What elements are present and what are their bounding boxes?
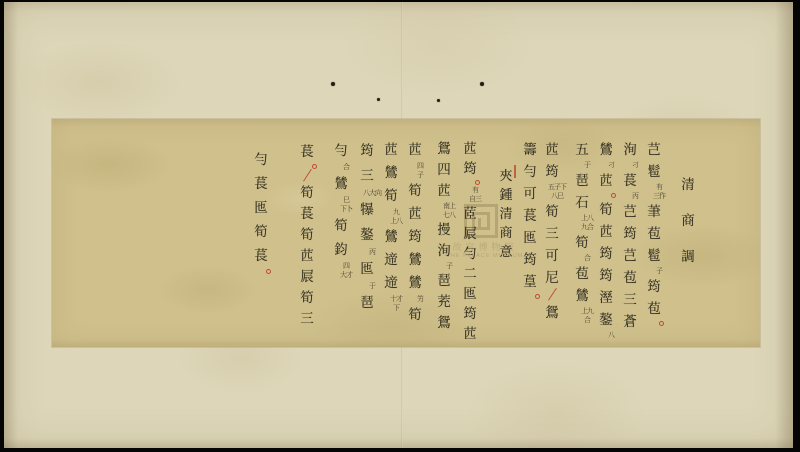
notation-char: 苞 (647, 223, 661, 245)
notation-char: 苉 (384, 139, 398, 162)
notation-char: 苞 (623, 267, 637, 289)
notation-char: 清 (681, 167, 695, 203)
pinhole (480, 82, 484, 86)
notation-char: 筠 (545, 161, 559, 183)
notation-char: 筠 (599, 243, 613, 265)
notation-char: 筍 (408, 304, 422, 327)
text-column-13: 勻合鷥巳下卜筍鈞四大才 (330, 139, 352, 280)
notation-char: 琶 (437, 271, 451, 292)
notation-char: 鏊 (599, 309, 613, 331)
notation-char: 匜 (523, 227, 537, 249)
notation-char: 芑 (623, 201, 637, 223)
notation-char: 勻 (334, 139, 348, 163)
annotation-char: 七八 (443, 211, 455, 220)
notation-char: 三 (623, 289, 637, 311)
pinhole (331, 82, 335, 86)
annotation-char: 子 (446, 262, 452, 271)
notation-char: 髱 (647, 161, 661, 183)
annotation-char: 于 (584, 161, 590, 170)
notation-char: 筠 (360, 139, 374, 164)
annotation-char: 三作 (653, 192, 665, 201)
notation-char: 勻 (523, 161, 537, 183)
text-column-8: 苉筠有自三茝屒勻二匜筠苉 (459, 139, 481, 344)
annotation-char: 下 (393, 304, 399, 313)
notation-char: 苉 (463, 324, 477, 344)
notation-char: 苉 (463, 139, 477, 159)
notation-char: 三 (300, 309, 314, 330)
annotation-char: 八巳 (551, 192, 563, 201)
notation-char: 三 (360, 164, 374, 189)
notation-char: 二 (463, 264, 477, 284)
text-column-4: 五于琶石上八九合筍合苞鷥上九合 (571, 139, 593, 325)
notation-char: 溼 (599, 287, 613, 309)
annotation-char: 刁 (608, 161, 614, 170)
notation-char: 筍 (384, 185, 398, 208)
notation-char: 萇 (523, 205, 537, 227)
annotation-char: 刁 (632, 161, 638, 170)
annotation-char: 有 (472, 186, 478, 195)
annotation-char: 五子下 (548, 183, 566, 192)
text-column-0-title: 清商調 (677, 167, 699, 275)
red-dot (312, 164, 317, 169)
text-column-6: 籌勻可萇匜筠葟 (519, 139, 541, 300)
notation-char: 屒 (463, 224, 477, 244)
text-column-10: 苉四子筍苉筠鷥鷥竻筍 (404, 139, 426, 327)
notation-char: 勻 (463, 244, 477, 264)
notation-char: 苉 (599, 170, 613, 192)
annotation-char: 合 (584, 254, 590, 263)
annotation-char: 十才 (390, 295, 402, 304)
notation-char: 清 (499, 205, 512, 224)
text-column-12: 筠三八大向犦鏊丙匜于琶 (356, 139, 378, 316)
notation-char: 苉 (437, 181, 451, 202)
notation-char: 屒 (300, 267, 314, 288)
notation-char: 鴛 (437, 139, 451, 160)
notation-char: 芑 (647, 139, 661, 161)
notation-char: 遆 (384, 272, 398, 295)
notation-char: 鍾 (499, 186, 512, 205)
annotation-char: 丙 (632, 192, 638, 201)
annotation-char: 子 (417, 171, 423, 180)
annotation-char: 南上 (443, 202, 455, 211)
notation-char: 琶 (360, 291, 374, 316)
annotation-char: 巳 (343, 196, 349, 205)
notation-char: 芑 (623, 245, 637, 267)
annotation-char: 于 (369, 282, 375, 291)
annotation-char: 下卜 (340, 205, 352, 214)
annotation-char: 八 (608, 331, 614, 340)
notation-char: 石 (575, 192, 589, 214)
notation-char: 萇 (254, 172, 268, 196)
notation-char: 可 (545, 245, 559, 267)
notation-char: 苞 (647, 298, 661, 320)
annotation-char: 合 (343, 163, 349, 172)
text-column-9: 鴛四苉南上七八摱洵子琶茺鴛 (433, 139, 455, 334)
notation-char: 筠 (523, 249, 537, 271)
red-dot (475, 180, 480, 185)
notation-char: 筍 (545, 201, 559, 223)
notation-char: 筍 (300, 288, 314, 309)
annotation-char: 上八 (581, 214, 593, 223)
notation-char: 夾 (499, 167, 512, 186)
annotation-char: 竻 (417, 295, 423, 304)
text-column-14: 萇╱筍萇筍苉屒筍三 (296, 142, 318, 330)
notation-char: 可 (523, 183, 537, 205)
notation-char: 鴛 (545, 302, 559, 324)
notation-char: 茺 (437, 292, 451, 313)
notation-char: 洵 (437, 241, 451, 262)
notation-char: 勻 (254, 148, 268, 172)
notation-char: 三 (545, 223, 559, 245)
notation-char: 筍 (300, 225, 314, 246)
annotation-char: 合 (584, 316, 590, 325)
red-mark: ╱ (548, 289, 556, 303)
red-dot (266, 269, 271, 274)
notation-char: 匜 (254, 196, 268, 220)
scroll-photo: 故宫博物院 THE PALACE MUSEUM 清商調芑髱有三作茟苞髱子筠苞洵刁… (0, 0, 800, 452)
notation-char: 苉 (408, 203, 422, 226)
notation-char: 筍 (599, 199, 613, 221)
annotation-char: 丙 (369, 248, 375, 257)
text-column-5: 苉筠五子下八巳筍三可尼╱鴛 (541, 139, 563, 324)
notation-char: 筠 (463, 159, 477, 179)
annotation-char: 子 (656, 267, 662, 276)
notation-char: 鈞 (334, 238, 348, 262)
pinhole (437, 99, 440, 102)
notation-char: 鷥 (334, 172, 348, 196)
notation-char: 鴛 (437, 313, 451, 334)
notation-char: 鏊 (360, 223, 374, 248)
annotation-char: 上八 (390, 217, 402, 226)
notation-char: 筠 (647, 276, 661, 298)
notation-char: 調 (681, 239, 695, 275)
red-mark: ╱ (303, 170, 311, 184)
annotation-char: 自三 (469, 195, 481, 204)
notation-char: 遆 (384, 249, 398, 272)
notation-char: 鷥 (408, 272, 422, 295)
annotation-char: 四 (417, 162, 423, 171)
notation-char: 鷥 (575, 285, 589, 307)
notation-char: 洵 (623, 139, 637, 161)
annotation-char: 九合 (581, 223, 593, 232)
notation-char: 筠 (463, 304, 477, 324)
notation-char: 筍 (408, 180, 422, 203)
notation-char: 葟 (523, 271, 537, 293)
annotation-char: 有 (656, 183, 662, 192)
notation-char: 蒼 (623, 311, 637, 333)
notation-char: 筠 (599, 265, 613, 287)
text-column-2: 洵刁萇丙芑筠芑苞三蒼 (619, 139, 641, 333)
annotation-char: 八大向 (363, 189, 381, 198)
notation-char: 鷥 (384, 226, 398, 249)
notation-char: 商 (499, 224, 512, 243)
annotation-char: 上九 (581, 307, 593, 316)
notation-char: 萇 (254, 244, 268, 268)
notation-char: 筠 (623, 223, 637, 245)
notation-char: 萇 (623, 170, 637, 192)
annotation-char: 九 (393, 208, 399, 217)
notation-char: 鷥 (599, 139, 613, 161)
notation-char: 籌 (523, 139, 537, 161)
notation-char: 苞 (575, 263, 589, 285)
notation-char: 鷥 (384, 162, 398, 185)
text-column-15: 勻萇匜筍萇 (250, 148, 272, 275)
text-column-1: 芑髱有三作茟苞髱子筠苞 (643, 139, 665, 327)
notation-char: 琶 (575, 170, 589, 192)
notation-char: 意 (499, 243, 512, 262)
notation-char: 茟 (647, 201, 661, 223)
notation-char: 尼 (545, 267, 559, 289)
notation-char: 萇 (300, 142, 314, 163)
notation-char: 鷥 (408, 249, 422, 272)
notation-char: 匜 (360, 257, 374, 282)
red-dot (659, 321, 664, 326)
red-dot (611, 193, 616, 198)
notation-char: 犦 (360, 198, 374, 223)
notation-char: 筠 (408, 226, 422, 249)
notation-char: 摱 (437, 220, 451, 241)
notation-char: 四 (437, 160, 451, 181)
notation-char: 筍 (300, 183, 314, 204)
notation-char: 商 (681, 203, 695, 239)
notation-char: 萇 (300, 204, 314, 225)
notation-char: 苉 (300, 246, 314, 267)
ink-layer: 故宫博物院 THE PALACE MUSEUM 清商調芑髱有三作茟苞髱子筠苞洵刁… (0, 0, 800, 452)
annotation-char: 四 (343, 262, 349, 271)
annotation-char: 大才 (340, 271, 352, 280)
notation-char: 苉 (408, 139, 422, 162)
notation-char: 五 (575, 139, 589, 161)
red-dot (535, 294, 540, 299)
notation-char: 苉 (545, 139, 559, 161)
text-column-3: 鷥刁苉筍苉筠筠溼鏊八 (595, 139, 617, 340)
notation-char: 髱 (647, 245, 661, 267)
notation-char: 茝 (463, 204, 477, 224)
notation-char: 筍 (575, 232, 589, 254)
notation-char: 筍 (334, 214, 348, 238)
text-column-7-heading: 夾鍾清商意 (495, 167, 517, 262)
red-collation-line (514, 165, 516, 178)
notation-char: 筍 (254, 220, 268, 244)
notation-char: 苉 (599, 221, 613, 243)
pinhole (377, 98, 380, 101)
notation-char: 匜 (463, 284, 477, 304)
text-column-11: 苉鷥筍九上八鷥遆遆十才下 (380, 139, 402, 313)
